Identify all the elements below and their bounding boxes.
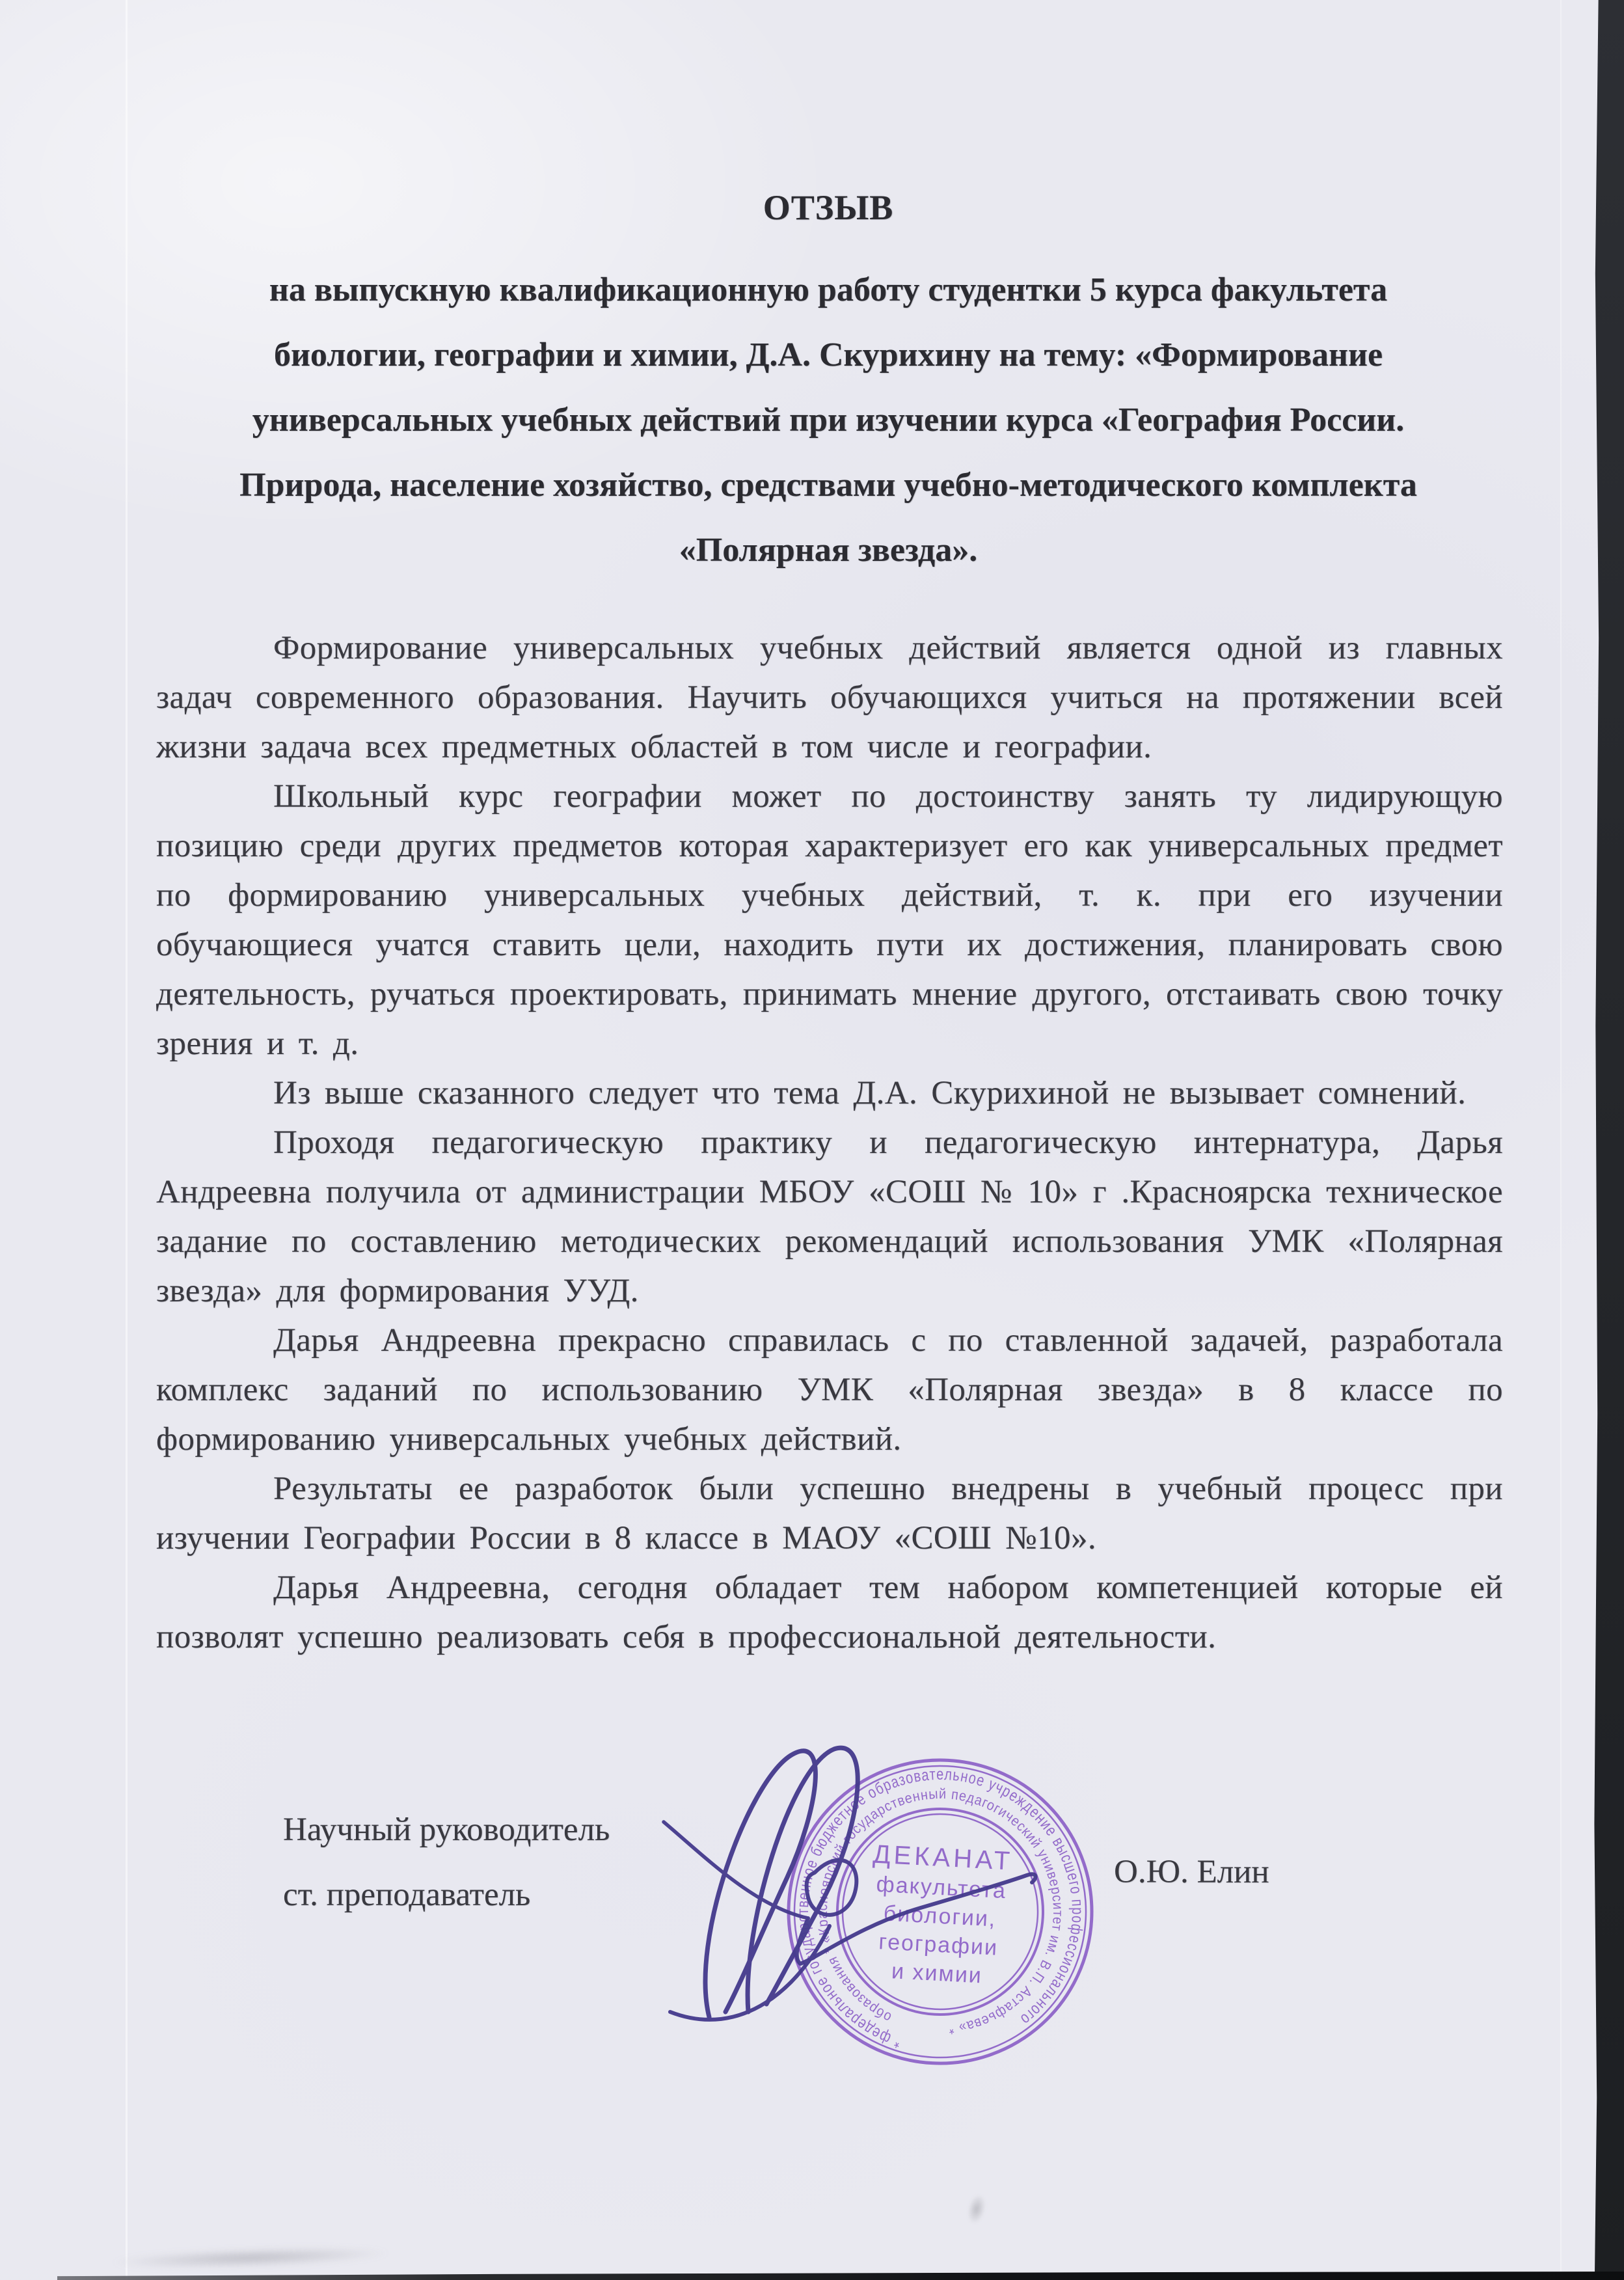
document-title: ОТЗЫВ <box>156 187 1500 228</box>
subtitle-line: универсальных учебных действий при изуче… <box>156 388 1500 453</box>
scan-speck <box>965 2193 988 2226</box>
scan-smudge <box>111 2244 391 2272</box>
scan-edge-bottom <box>57 2272 1624 2280</box>
subtitle-line: «Полярная звезда». <box>156 518 1500 583</box>
document-body: Формирование универсальных учебных дейст… <box>156 623 1503 1662</box>
scan-edge-right <box>1593 0 1624 2280</box>
signatory-roles: Научный руководитель ст. преподаватель <box>283 1797 610 1927</box>
body-paragraph: Проходя педагогическую практику и педаго… <box>156 1118 1503 1316</box>
body-paragraph: Школьный курс географии может по достоин… <box>156 772 1503 1068</box>
body-paragraph: Дарья Андреевна, сегодня обладает тем на… <box>156 1563 1503 1662</box>
paper-fold-line <box>1560 0 1562 2280</box>
signatory-role-line: Научный руководитель <box>283 1797 610 1862</box>
body-paragraph: Дарья Андреевна прекрасно справилась с п… <box>156 1316 1503 1464</box>
body-paragraph: Формирование универсальных учебных дейст… <box>156 623 1503 772</box>
scanned-document-page: ОТЗЫВ на выпускную квалификационную рабо… <box>0 0 1624 2280</box>
handwritten-signature <box>644 1711 1113 2076</box>
signatory-role-line: ст. преподаватель <box>283 1862 610 1927</box>
document-subtitle: на выпускную квалификационную работу сту… <box>156 258 1500 583</box>
signatory-name: О.Ю. Елин <box>1114 1853 1269 1891</box>
subtitle-line: на выпускную квалификационную работу сту… <box>156 258 1500 323</box>
subtitle-line: Природа, население хозяйство, средствами… <box>156 453 1500 518</box>
paper-fold-line <box>126 0 128 2280</box>
subtitle-line: биологии, географии и химии, Д.А. Скурих… <box>156 323 1500 388</box>
body-paragraph: Результаты ее разработок были успешно вн… <box>156 1464 1503 1563</box>
document-heading: ОТЗЫВ на выпускную квалификационную рабо… <box>156 187 1500 583</box>
body-paragraph: Из выше сказанного следует что тема Д.А.… <box>156 1068 1503 1118</box>
